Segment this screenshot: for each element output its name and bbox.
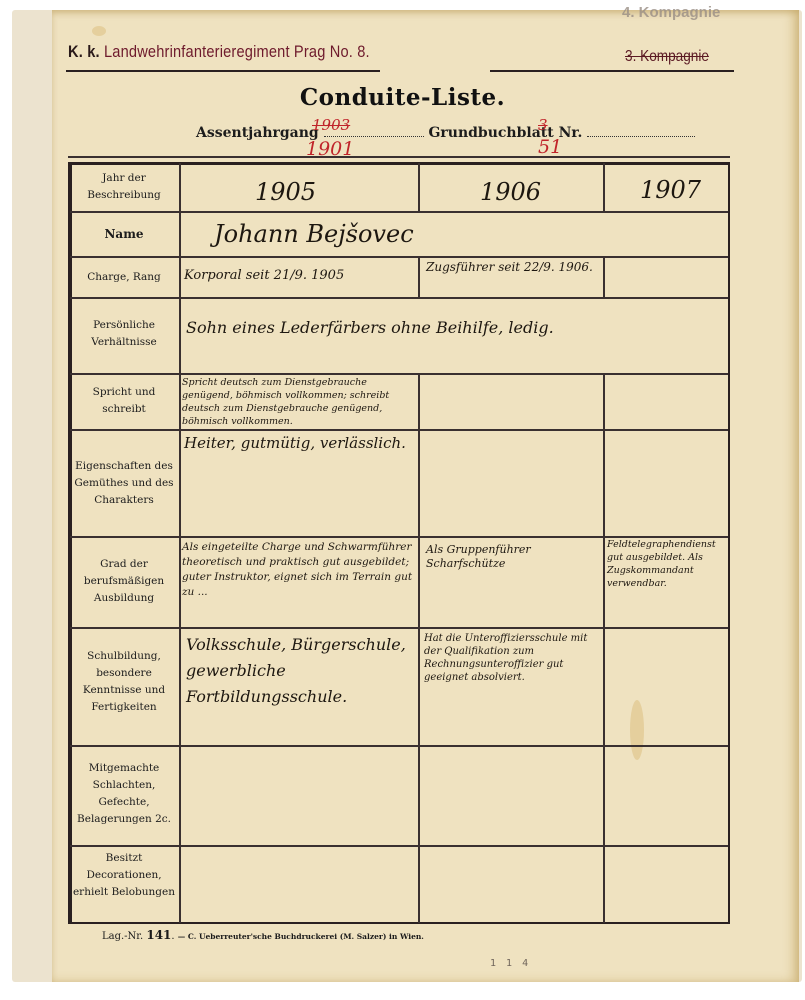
- ausbildung-1906: Als Gruppenführer Scharfschütze: [426, 543, 596, 571]
- regiment-stamp: K. k. Landwehrinfanterieregiment Prag No…: [68, 42, 370, 62]
- charge-1906: Zugsführer seit 22/9. 1906.: [426, 260, 596, 275]
- label-schulbildung: Schulbildung, besondere Kenntnisse und F…: [70, 648, 178, 716]
- schulbildung-1905: Volksschule, Bürgerschule, gewerbliche F…: [186, 632, 416, 710]
- row-divider: [70, 297, 728, 299]
- label-spricht: Spricht und schreibt: [70, 384, 178, 418]
- eigenschaften-1905: Heiter, gutmütig, verlässlich.: [184, 433, 414, 453]
- col-divider-2: [603, 163, 605, 211]
- persoenliche-verhaeltnisse: Sohn eines Lederfärbers ohne Beihilfe, l…: [186, 318, 554, 337]
- label-eigenschaften: Eigenschaften des Gemüthes und des Chara…: [70, 458, 178, 509]
- ausbildung-1907: Feldtelegraphendienst gut ausgebildet. A…: [607, 538, 727, 590]
- grundbuchblatt-new: 51: [538, 136, 562, 158]
- printer-imprint: — C. Ueberreuter'sche Buchdruckerei (M. …: [178, 932, 424, 941]
- subheader-line: Assentjahrgang Grundbuchblatt Nr.: [196, 125, 695, 141]
- grundbuchblatt-field: [587, 136, 695, 137]
- row-divider: [70, 373, 728, 375]
- label-jahr: Jahr der Beschreibung: [70, 170, 178, 204]
- col-divider-1: [418, 257, 420, 297]
- row-divider: [70, 845, 728, 847]
- assentjahrgang-label: Assentjahrgang: [196, 125, 319, 141]
- lag-number: 141: [146, 928, 171, 942]
- label-verhaeltnisse: Persönliche Verhältnisse: [70, 317, 178, 351]
- year-1907: 1907: [640, 176, 701, 204]
- row-divider: [70, 256, 728, 258]
- company-stamp-faded: 4. Kompagnie: [622, 4, 720, 21]
- label-schlachten: Mitgemachte Schlachten, Gefechte, Belage…: [70, 760, 178, 828]
- label-name: Name: [70, 226, 178, 243]
- ausbildung-1905: Als eingeteilte Charge und Schwarmführer…: [182, 540, 416, 600]
- label-ausbildung: Grad der berufsmäßigen Ausbildung: [70, 556, 178, 607]
- regiment-name: Landwehrinfanterieregiment Prag No. 8.: [104, 42, 370, 61]
- row-divider: [70, 211, 728, 213]
- pencil-note: 1 1 4: [490, 958, 530, 969]
- grundbuchblatt-old: 3: [538, 116, 548, 134]
- company-underline: [490, 70, 734, 72]
- print-footer: Lag.-Nr. 141. — C. Ueberreuter'sche Buch…: [102, 928, 424, 942]
- label-column-divider: [179, 163, 181, 923]
- charge-1905: Korporal seit 21/9. 1905: [184, 268, 344, 283]
- stain: [92, 26, 106, 36]
- col-divider-1: [418, 373, 420, 923]
- company-stamp-struck: 3. Kompagnie: [625, 48, 709, 66]
- label-decorationen: Besitzt Decorationen, erhielt Belobungen: [70, 850, 178, 901]
- year-1905: 1905: [255, 178, 316, 206]
- top-double-rule: [68, 156, 730, 158]
- soldier-name: Johann Bejšovec: [214, 220, 414, 248]
- regiment-prefix: K. k.: [68, 42, 100, 61]
- assentjahrgang-old: 1903: [312, 116, 350, 134]
- spricht-1905: Spricht deutsch zum Dienstgebrauche genü…: [182, 376, 416, 428]
- row-divider: [70, 429, 728, 431]
- lag-label: Lag.-Nr.: [102, 931, 143, 942]
- row-divider: [70, 745, 728, 747]
- assentjahrgang-field: [324, 136, 424, 137]
- document-title: Conduite-Liste.: [0, 84, 805, 111]
- schulbildung-1906: Hat die Unteroffiziersschule mit der Qua…: [424, 632, 600, 684]
- regiment-underline: [66, 70, 380, 72]
- col-divider-2: [603, 373, 605, 923]
- col-divider-1: [418, 163, 420, 211]
- label-charge: Charge, Rang: [70, 269, 178, 286]
- col-divider-2: [603, 257, 605, 297]
- year-1906: 1906: [480, 178, 541, 206]
- row-divider: [70, 627, 728, 629]
